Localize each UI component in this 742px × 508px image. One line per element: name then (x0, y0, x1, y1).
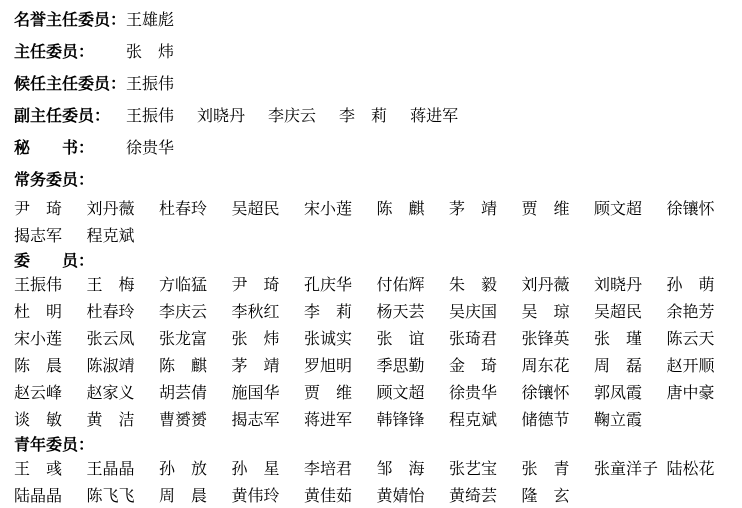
person-name: 王 梅 (87, 272, 160, 295)
person-name: 黄佳茹 (304, 483, 377, 506)
person-name: 顾文超 (594, 196, 667, 219)
standing-committee-row: 尹 琦刘丹薇杜春玲吴超民宋小莲陈 麒茅 靖贾 维顾文超徐镶怀 (14, 194, 742, 221)
person-name: 孙 萌 (667, 272, 742, 295)
person-name: 黄伟玲 (232, 483, 305, 506)
person-name: 刘晓丹 (594, 272, 667, 295)
person-name: 茅 靖 (232, 353, 305, 376)
person-name: 刘丹薇 (522, 272, 595, 295)
person-name: 唐中豪 (667, 380, 742, 403)
youth-members-row: 王 彧王晶晶孙 放孙 星李培君邹 海张艺宝张 青张童洋子陆松花 (14, 454, 742, 481)
label-vice-chairmen: 副主任委员： (14, 103, 126, 126)
person-name: 赵开顺 (667, 353, 742, 376)
person-name: 李秋红 (232, 299, 305, 322)
person-name: 吴超民 (232, 196, 305, 219)
person-name: 李庆云 (159, 299, 232, 322)
person-name: 周东花 (522, 353, 595, 376)
person-name: 孙 放 (159, 456, 232, 479)
person-name: 蒋进军 (304, 407, 377, 430)
person-name: 施国华 (232, 380, 305, 403)
person-name: 孔庆华 (304, 272, 377, 295)
person-name: 吴庆国 (449, 299, 522, 322)
person-name: 付佑辉 (377, 272, 450, 295)
names-honorary-chairman: 王雄彪 (126, 7, 174, 30)
person-name: 程克斌 (87, 223, 160, 246)
person-name: 王振伟 (126, 103, 174, 126)
members-row: 陈 晨陈淑靖陈 麒茅 靖罗旭明季思勤金 琦周东花周 磊赵开顺 (14, 351, 742, 378)
line-vice-chairmen: 副主任委员： 王振伟刘晓丹李庆云李 莉蒋进军 (14, 98, 742, 130)
line-chairman: 主任委员： 张 炜 (14, 34, 742, 66)
names-vice-chairmen: 王振伟刘晓丹李庆云李 莉蒋进军 (126, 103, 458, 126)
person-name: 张 谊 (377, 326, 450, 349)
person-name: 徐镶怀 (667, 196, 742, 219)
person-name: 宋小莲 (14, 326, 87, 349)
person-name: 张童洋子 (594, 456, 667, 479)
person-name: 张龙富 (159, 326, 232, 349)
youth-members-row: 陆晶晶陈飞飞周 晨黄伟玲黄佳茹黄婧怡黄绮芸隆 玄 (14, 481, 742, 508)
person-name: 吴 琼 (522, 299, 595, 322)
person-name: 赵云峰 (14, 380, 87, 403)
person-name: 陈云天 (667, 326, 742, 349)
person-name: 王晶晶 (87, 456, 160, 479)
person-name: 隆 玄 (522, 483, 595, 506)
person-name: 季思勤 (377, 353, 450, 376)
person-name: 曹赟赟 (159, 407, 232, 430)
person-name: 陆晶晶 (14, 483, 87, 506)
standing-committee-row: 揭志军程克斌 (14, 221, 742, 248)
person-name: 尹 琦 (14, 196, 87, 219)
person-name: 罗旭明 (304, 353, 377, 376)
line-secretary: 秘 书： 徐贵华 (14, 130, 742, 162)
person-name: 杜春玲 (87, 299, 160, 322)
person-name: 韩锋锋 (377, 407, 450, 430)
person-name: 王雄彪 (126, 7, 174, 30)
members-row: 赵云峰赵家义胡芸倩施国华贾 维顾文超徐贵华徐镶怀郭凤霞唐中豪 (14, 378, 742, 405)
person-name: 金 琦 (449, 353, 522, 376)
person-name: 徐镶怀 (522, 380, 595, 403)
person-name: 张 青 (522, 456, 595, 479)
person-name: 王振伟 (126, 71, 174, 94)
label-chairman: 主任委员： (14, 39, 126, 62)
person-name: 王 彧 (14, 456, 87, 479)
person-name: 张 瑾 (594, 326, 667, 349)
person-name: 黄 洁 (87, 407, 160, 430)
members-row: 宋小莲张云凤张龙富张 炜张诚实张 谊张琦君张锋英张 瑾陈云天 (14, 324, 742, 351)
label-secretary: 秘 书： (14, 135, 126, 158)
person-name: 张 炜 (232, 326, 305, 349)
person-name: 黄婧怡 (377, 483, 450, 506)
names-chairman-elect: 王振伟 (126, 71, 174, 94)
person-name: 李 莉 (304, 299, 377, 322)
person-name: 王振伟 (14, 272, 87, 295)
person-name: 周 晨 (159, 483, 232, 506)
members-row: 杜 明杜春玲李庆云李秋红李 莉杨天芸吴庆国吴 琼吴超民余艳芳 (14, 297, 742, 324)
person-name: 张诚实 (304, 326, 377, 349)
person-name: 尹 琦 (232, 272, 305, 295)
line-chairman-elect: 候任主任委员： 王振伟 (14, 66, 742, 98)
person-name: 杜春玲 (159, 196, 232, 219)
person-name: 杜 明 (14, 299, 87, 322)
person-name: 李培君 (304, 456, 377, 479)
person-name: 黄绮芸 (449, 483, 522, 506)
person-name: 陈 麒 (377, 196, 450, 219)
label-chairman-elect: 候任主任委员： (14, 71, 126, 94)
person-name: 刘丹薇 (87, 196, 160, 219)
person-name: 揭志军 (14, 223, 87, 246)
person-name: 吴超民 (594, 299, 667, 322)
person-name: 张 炜 (126, 39, 174, 62)
person-name: 张云凤 (87, 326, 160, 349)
line-honorary-chairman: 名誉主任委员： 王雄彪 (14, 2, 742, 34)
label-youth-members: 青年委员： (14, 432, 126, 455)
person-name: 陈淑靖 (87, 353, 160, 376)
committee-roster-document: 名誉主任委员： 王雄彪 主任委员： 张 炜 候任主任委员： 王振伟 副主任委员：… (0, 0, 742, 508)
person-name: 李庆云 (268, 103, 316, 126)
person-name: 贾 维 (522, 196, 595, 219)
person-name: 朱 毅 (449, 272, 522, 295)
person-name: 张艺宝 (449, 456, 522, 479)
person-name: 贾 维 (304, 380, 377, 403)
label-standing-committee: 常务委员： (14, 167, 126, 190)
person-name: 鞠立霞 (594, 407, 667, 430)
person-name: 程克斌 (449, 407, 522, 430)
line-members-label: 委 员： (14, 248, 742, 270)
person-name: 李 莉 (339, 103, 387, 126)
person-name: 郭凤霞 (594, 380, 667, 403)
person-name: 茅 靖 (449, 196, 522, 219)
person-name: 张锋英 (522, 326, 595, 349)
person-name: 杨天芸 (377, 299, 450, 322)
person-name: 蒋进军 (410, 103, 458, 126)
line-youth-members-label: 青年委员： (14, 432, 742, 454)
person-name: 陈 麒 (159, 353, 232, 376)
person-name: 揭志军 (232, 407, 305, 430)
person-name: 方临猛 (159, 272, 232, 295)
person-name: 谈 敏 (14, 407, 87, 430)
person-name: 陈飞飞 (87, 483, 160, 506)
person-name: 余艳芳 (667, 299, 742, 322)
person-name: 赵家义 (87, 380, 160, 403)
label-members: 委 员： (14, 248, 126, 271)
person-name: 胡芸倩 (159, 380, 232, 403)
person-name: 陆松花 (667, 456, 742, 479)
person-name: 张琦君 (449, 326, 522, 349)
person-name: 周 磊 (594, 353, 667, 376)
person-name: 刘晓丹 (197, 103, 245, 126)
members-row: 谈 敏黄 洁曹赟赟揭志军蒋进军韩锋锋程克斌储德节鞠立霞 (14, 405, 742, 432)
person-name: 陈 晨 (14, 353, 87, 376)
person-name: 顾文超 (377, 380, 450, 403)
names-secretary: 徐贵华 (126, 135, 174, 158)
person-name: 宋小莲 (304, 196, 377, 219)
person-name: 徐贵华 (449, 380, 522, 403)
person-name: 邹 海 (377, 456, 450, 479)
person-name: 徐贵华 (126, 135, 174, 158)
members-row: 王振伟王 梅方临猛尹 琦孔庆华付佑辉朱 毅刘丹薇刘晓丹孙 萌 (14, 270, 742, 297)
person-name: 储德节 (522, 407, 595, 430)
person-name: 孙 星 (232, 456, 305, 479)
label-honorary-chairman: 名誉主任委员： (14, 7, 126, 30)
line-standing-committee-label: 常务委员： (14, 162, 742, 194)
names-chairman: 张 炜 (126, 39, 174, 62)
